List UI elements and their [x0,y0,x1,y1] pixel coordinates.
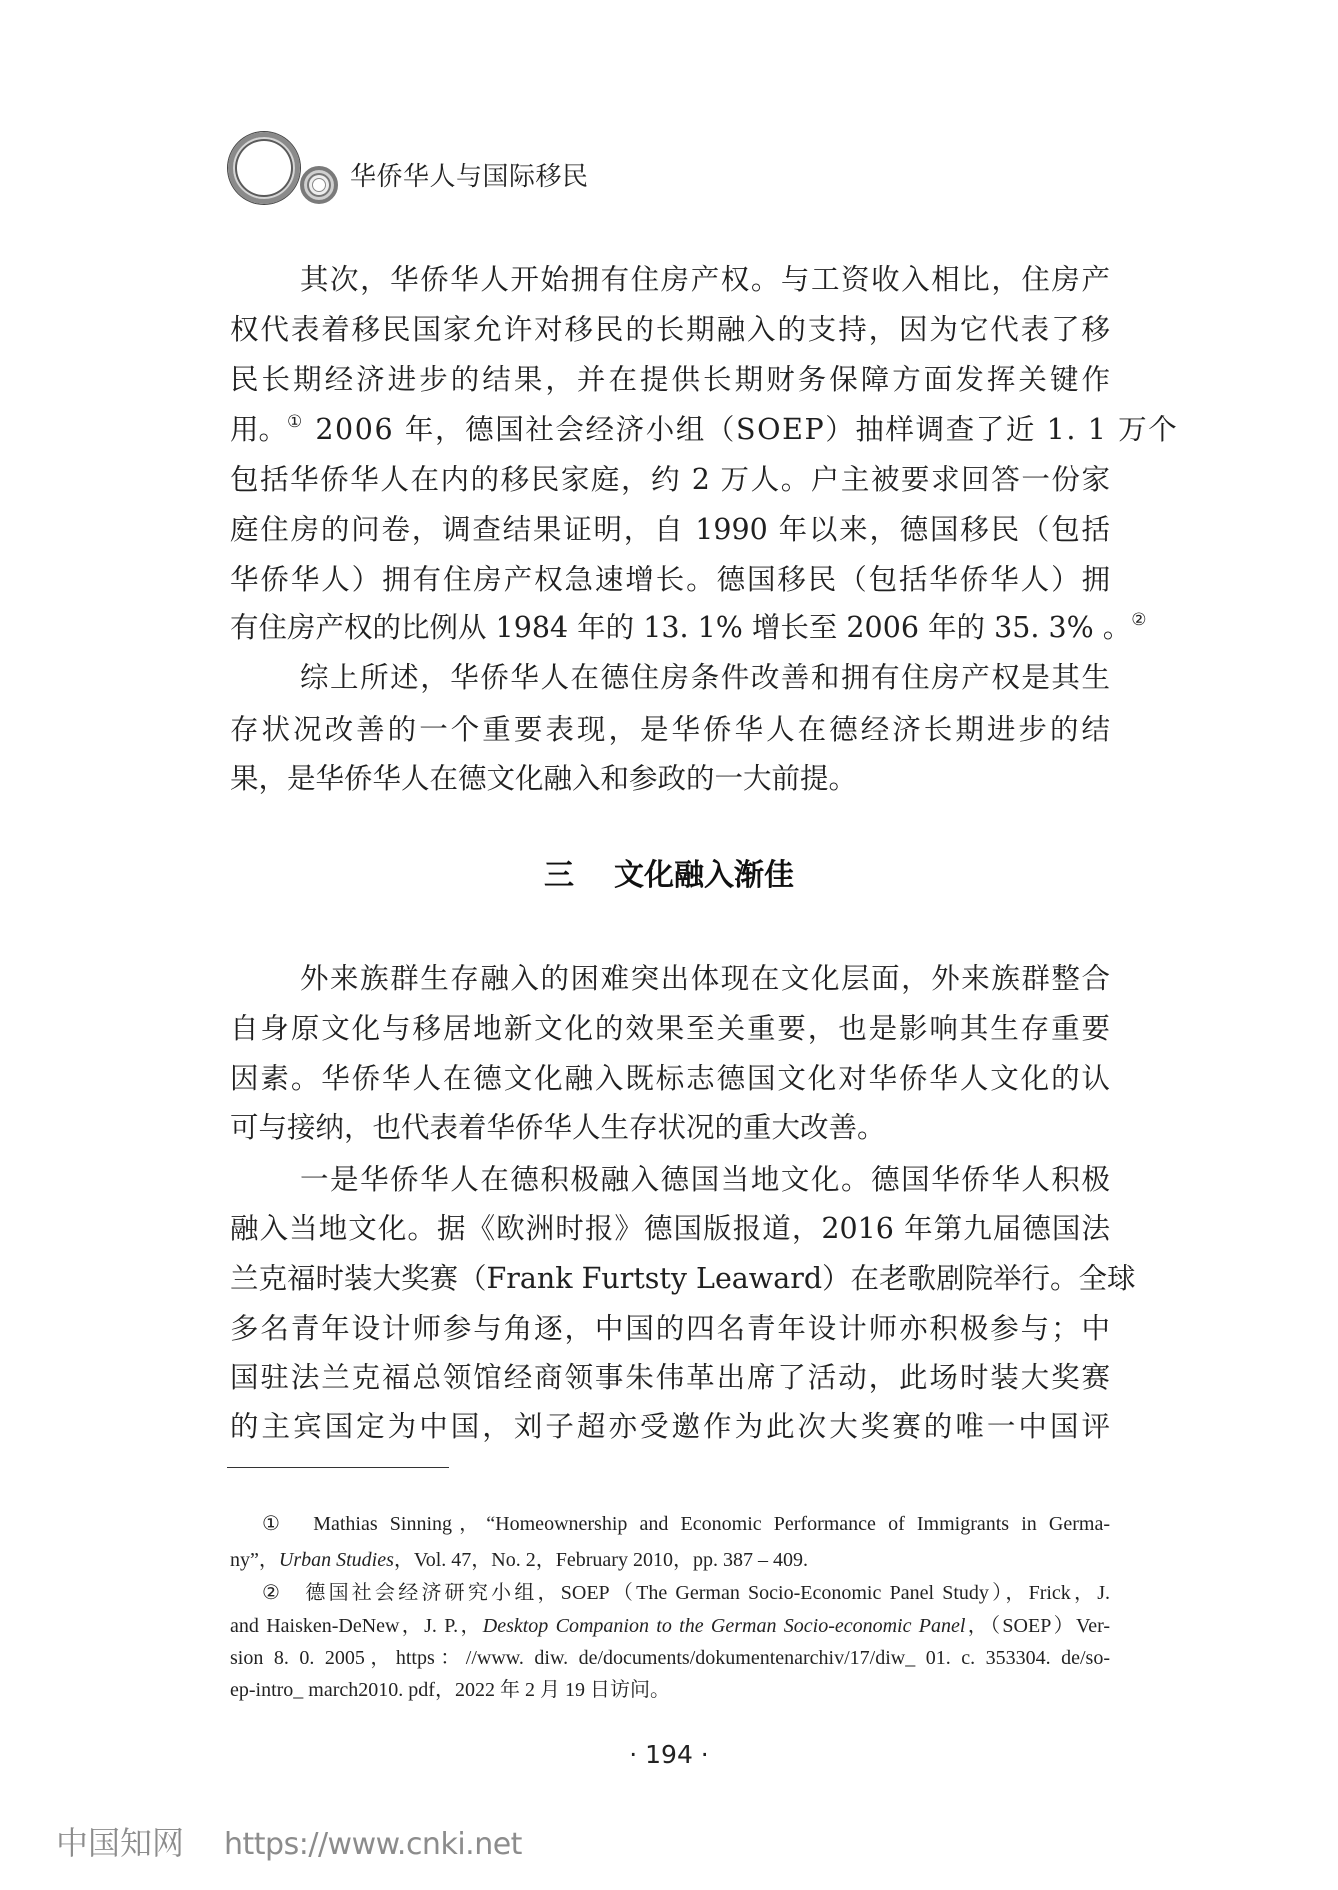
footnote-text: Mathias Sinning，“Homeownership and Econo… [313,1513,1110,1535]
journal-title: Urban Studies [279,1549,394,1571]
text-line: 的主宾国定为中国，刘子超亦受邀作为此次大奖赛的唯一中国评 [230,1409,1110,1445]
section-number: 三 [544,858,574,893]
text-line: 可与接纳，也代表着华侨华人生存状况的重大改善。 [230,1110,1110,1146]
text-line: 其次，华侨华人开始拥有住房产权。与工资收入相比，住房产 [300,262,1110,298]
text-line: 权代表着移民国家允许对移民的长期融入的支持，因为它代表了移 [230,312,1110,348]
text-fragment: 用。 [230,413,287,446]
footnote-ref-2[interactable]: ② [1131,610,1146,630]
footnote-ref-1[interactable]: ① [287,412,302,432]
footnote-line: ① Mathias Sinning，“Homeownership and Eco… [262,1511,1110,1537]
book-title-italic: Desktop Companion to the German Socio-ec… [483,1615,966,1637]
text-line: 因素。华侨华人在德文化融入既标志德国文化对华侨华人文化的认 [230,1061,1110,1097]
section-title: 文化融入渐佳 [614,858,794,893]
text-line: 包括华侨华人在内的移民家庭，约 2 万人。户主被要求回答一份家 [230,462,1110,498]
running-header: 华侨华人与国际移民 [226,128,826,214]
text-line: 多名青年设计师参与角逐，中国的四名青年设计师亦积极参与；中 [230,1311,1110,1347]
logo-large-ring-icon [228,132,300,204]
text-line: 庭住房的问卷，调查结果证明，自 1990 年以来，德国移民（包括 [230,512,1110,548]
text-line: 华侨华人）拥有住房产权急速增长。德国移民（包括华侨华人）拥 [230,562,1110,598]
cnki-watermark: 中国知网https://www.cnki.net [56,1818,522,1864]
text-line: 一是华侨华人在德积极融入德国当地文化。德国华侨华人积极 [300,1162,1110,1198]
text-line: 用。① 2006 年，德国社会经济小组（SOEP）抽样调查了近 1. 1 万个 [230,412,1110,448]
footnote-line: ② 德国社会经济研究小组，SOEP（The German Socio-Econo… [262,1580,1110,1606]
section-heading: 三文化融入渐佳 [0,850,1338,894]
text-line: 国驻法兰克福总领馆经商领事朱伟革出席了活动，此场时装大奖赛 [230,1360,1110,1396]
text-line: 有住房产权的比例从 1984 年的 13. 1% 增长至 2006 年的 35.… [230,610,1110,646]
book-title: 华侨华人与国际移民 [350,156,589,193]
footnote-line: ny”，Urban Studies，Vol. 47，No. 2，February… [230,1547,1110,1573]
text-line: 自身原文化与移居地新文化的效果至关重要，也是影响其生存重要 [230,1011,1110,1047]
text-line: 综上所述，华侨华人在德住房条件改善和拥有住房产权是其生 [300,660,1110,696]
footnote-line[interactable]: sion 8. 0. 2005，https：//www. diw. de/doc… [230,1645,1110,1671]
page-number: · 194 · [0,1740,1338,1769]
footnote-text: ，Vol. 47，No. 2，February 2010，pp. 387 – 4… [394,1549,808,1571]
footnote-text: ，（SOEP）Ver- [965,1615,1110,1637]
text-line: 外来族群生存融入的困难突出体现在文化层面，外来族群整合 [300,961,1110,997]
footnote-divider [227,1467,449,1468]
footnote-line: and Haisken-DeNew，J. P.，Desktop Companio… [230,1613,1110,1639]
text-line: 存状况改善的一个重要表现，是华侨华人在德经济长期进步的结 [230,712,1110,748]
footnote-marker: ② [262,1582,283,1604]
text-line: 民长期经济进步的结果，并在提供长期财务保障方面发挥关键作 [230,362,1110,398]
text-fragment: 有住房产权的比例从 1984 年的 13. 1% 增长至 2006 年的 35.… [230,611,1131,644]
footnote-text: and Haisken-DeNew，J. P.， [230,1615,483,1637]
logo-small-ring-icon [300,166,338,204]
footnote-text: ny”， [230,1549,279,1571]
text-line: 兰克福时装大奖赛（Frank Furtsty Leaward）在老歌剧院举行。全… [230,1261,1110,1297]
watermark-url: https://www.cnki.net [224,1827,522,1862]
footnote-marker: ① [262,1513,287,1535]
footnote-text: 德国社会经济研究小组，SOEP（The German Socio-Economi… [305,1582,1110,1604]
text-line: 融入当地文化。据《欧洲时报》德国版报道，2016 年第九届德国法 [230,1211,1110,1247]
footnote-line: ep-intro_ march2010. pdf，2022 年 2 月 19 日… [230,1677,1110,1703]
watermark-name: 中国知网 [56,1824,184,1862]
text-line: 果，是华侨华人在德文化融入和参政的一大前提。 [230,761,1110,797]
text-fragment: 2006 年，德国社会经济小组（SOEP）抽样调查了近 1. 1 万个 [315,413,1178,446]
